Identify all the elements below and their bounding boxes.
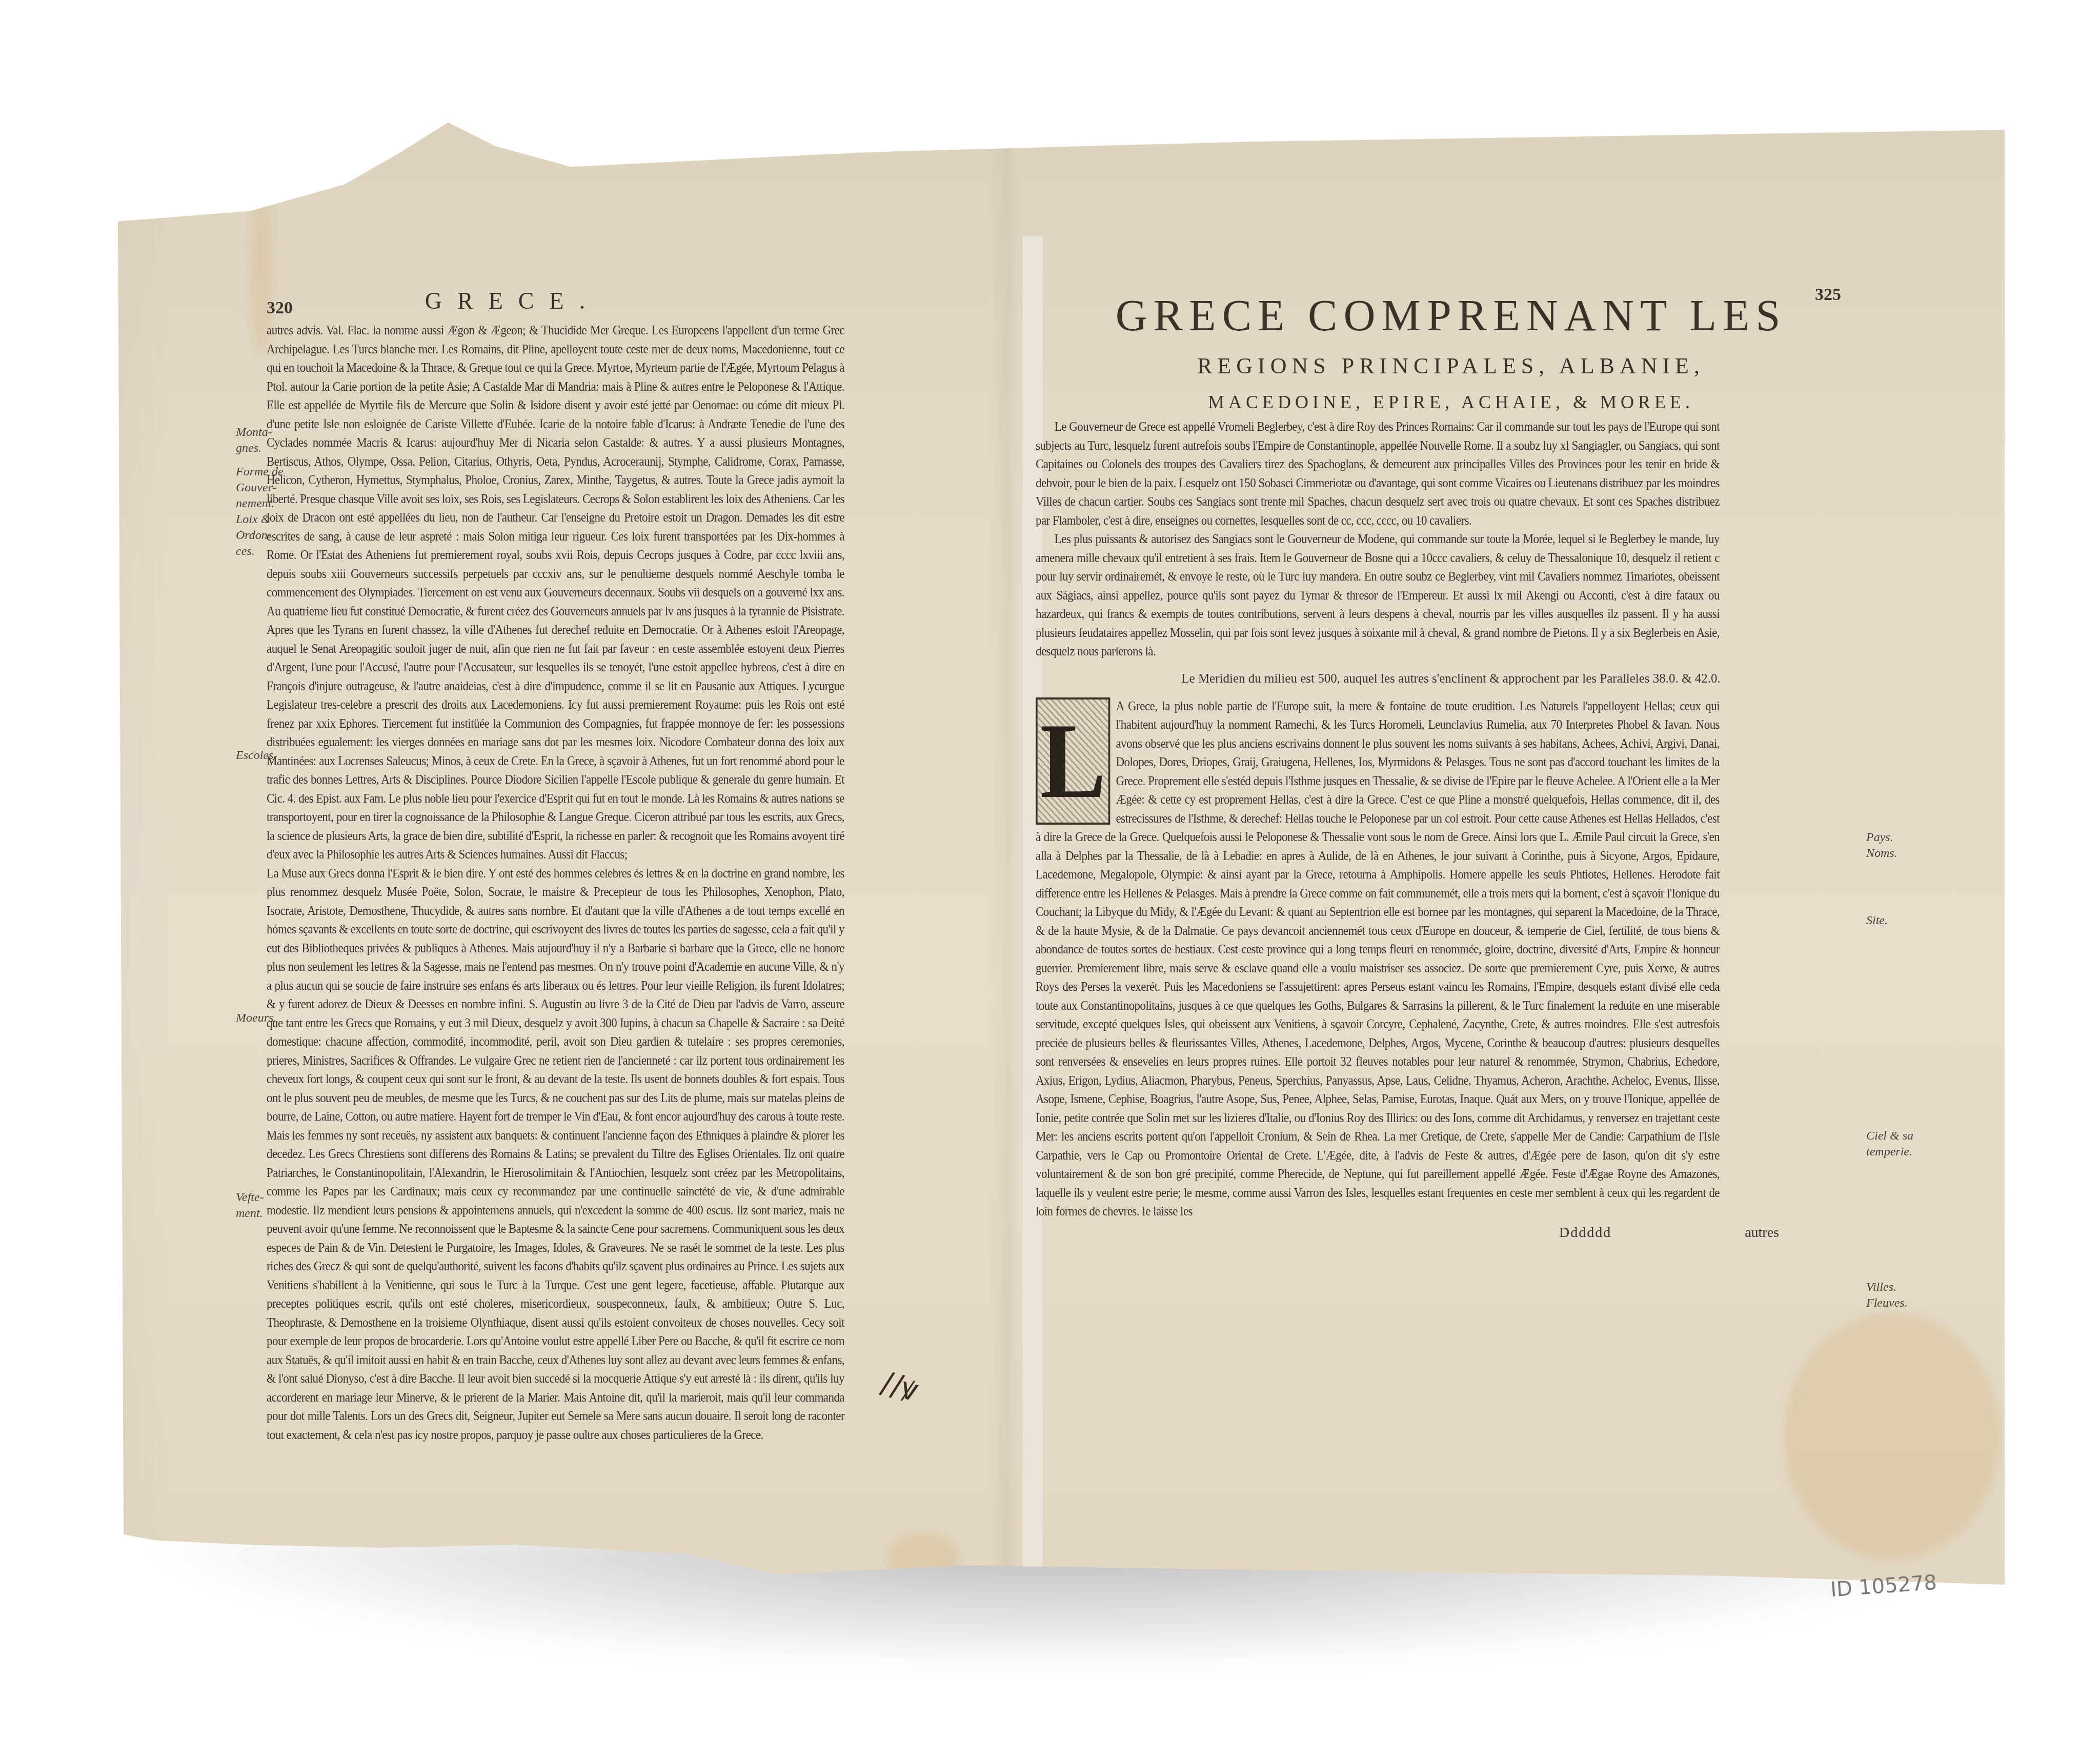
left-folio: 320 [267, 298, 293, 318]
page-title: GRECE COMPRENANT LES [1036, 292, 1866, 338]
right-page: 325 GRECE COMPRENANT LES REGIONS PRINCIP… [1036, 287, 1866, 1241]
margin-note-vestement: Vefte- ment. [236, 1190, 264, 1222]
left-page: 320 GRECE. Monta- gnes. Forme de Gouver-… [144, 287, 882, 1445]
left-body-text: autres advis. Val. Flac. la nomme aussi … [267, 322, 844, 1445]
fold-crease [990, 108, 1020, 1585]
decorated-initial-icon: L [1036, 697, 1110, 825]
intro-paragraph: Le Gouverneur de Grece est appellé Vrome… [1036, 418, 1720, 530]
intro-paragraph: Les plus puissants & autorisez des Sangi… [1036, 530, 1720, 662]
signature-mark: Dddddd [1559, 1225, 1611, 1241]
right-intro-text: Le Gouverneur de Grece est appellé Vrome… [1036, 418, 1720, 662]
right-folio: 325 [1815, 285, 1841, 305]
margin-note-villes: Villes. Fleuves. [1866, 1280, 1908, 1311]
meridian-note: Le Meridien du milieu est 500, auquel le… [1036, 672, 1866, 686]
left-running-head: GRECE. [144, 287, 882, 314]
water-stain [1784, 1313, 2000, 1559]
margin-note-site: Site. [1866, 913, 1888, 929]
page-subtitle-2: MACEDOINE, EPIRE, ACHAIE, & MOREE. [1036, 391, 1866, 413]
signature-line: Dddddd autres [1036, 1225, 1779, 1241]
left-paragraph: La Muse aux Grecs donna l'Esprit & le bi… [267, 865, 844, 1445]
catchword: autres [1745, 1225, 1779, 1241]
margin-note-ciel: Ciel & sa temperie. [1866, 1128, 1913, 1160]
page-subtitle-1: REGIONS PRINCIPALES, ALBANIE, [1036, 353, 1866, 379]
right-main-text: L A Grece, la plus noble partie de l'Eur… [1036, 697, 1720, 1222]
main-paragraph: A Grece, la plus noble partie de l'Europ… [1036, 697, 1720, 1222]
left-paragraph: autres advis. Val. Flac. la nomme aussi … [267, 322, 844, 865]
margin-note-pays: Pays. Noms. [1866, 830, 1897, 862]
